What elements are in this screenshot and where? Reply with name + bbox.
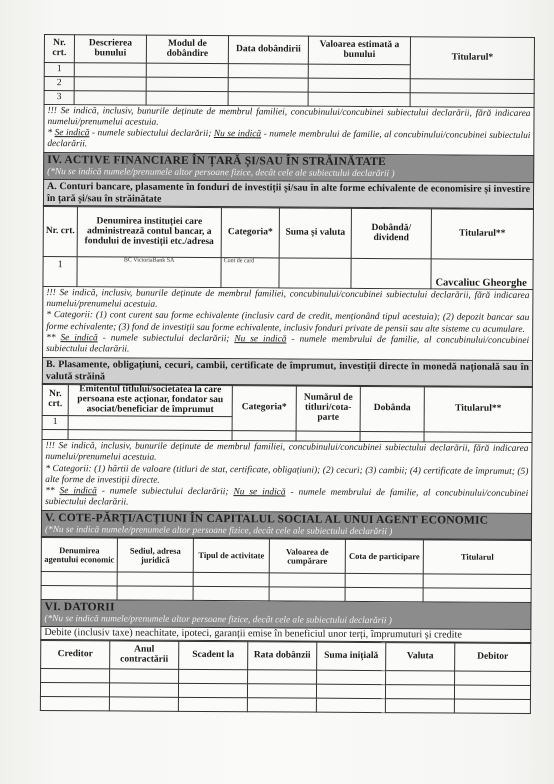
assets-notes: !!! Se indică, inclusiv, bunurile deținu… — [43, 105, 534, 156]
section-v-header: V. COTE-PĂRȚI/ACȚIUNI ÎN CAPITALUL SOCIA… — [41, 511, 532, 540]
institution-value: BC VictoriaBank SA — [77, 257, 221, 288]
section-subtitle: (*Nu se indică numele/prenumele altor pe… — [44, 614, 527, 628]
table-row — [40, 697, 530, 714]
section-iv-header: IV. ACTIVE FINANCIARE ÎN ȚARĂ ȘI/SAU ÎN … — [43, 153, 534, 182]
declaration-document: Nr. crt. Descrierea bunului Modul de dob… — [40, 34, 535, 714]
col-description: Descrierea bunului — [74, 35, 146, 63]
col-nr: Nr. crt. — [44, 35, 74, 63]
col-acquisition-mode: Modul de dobândire — [146, 35, 228, 64]
part-b-header: B. Plasamente, obligațiuni, cecuri, camb… — [42, 358, 533, 388]
bank-accounts-table: Nr. crt. Denumirea instituției care admi… — [42, 206, 533, 290]
note-text: !!! Se indică, inclusiv, bunurile deținu… — [47, 106, 530, 131]
assets-table: Nr. crt. Descrierea bunului Modul de dob… — [44, 34, 535, 108]
category-value: Cont de card — [221, 258, 279, 288]
part-a-notes: !!! Se indică, inclusiv, bunurile deținu… — [42, 287, 533, 361]
debts-table: Creditor Anul contractării Scadent la Ra… — [40, 640, 531, 714]
part-a-header: A. Conturi bancare, plasamente în fondur… — [43, 180, 534, 210]
col-holder: Titularul* — [410, 37, 534, 80]
part-b-notes: !!! Se indică, inclusiv, bunurile deținu… — [41, 440, 532, 514]
section-vi-header: VI. DATORII (*Nu se indică numele/prenum… — [40, 600, 531, 629]
scanned-page: Nr. crt. Descrierea bunului Modul de dob… — [0, 0, 554, 784]
table-row: 1 BC VictoriaBank SA Cont de card Cavcal… — [43, 257, 533, 290]
shares-table: Denumirea agentului economic Sediul, adr… — [41, 537, 532, 603]
holder-value: Cavcaliuc Gheorghe — [431, 259, 533, 290]
col-estimated-value: Valoarea estimată a bunului — [308, 36, 410, 65]
investments-table: Nr. crt. Emitentul titlului/societatea l… — [42, 384, 533, 443]
col-acquisition-date: Data dobândirii — [228, 36, 308, 64]
note-text: * Se indică - numele subiectului declară… — [47, 128, 530, 153]
section-subtitle: (*Nu se indică numele/prenumele altor pe… — [47, 167, 530, 181]
